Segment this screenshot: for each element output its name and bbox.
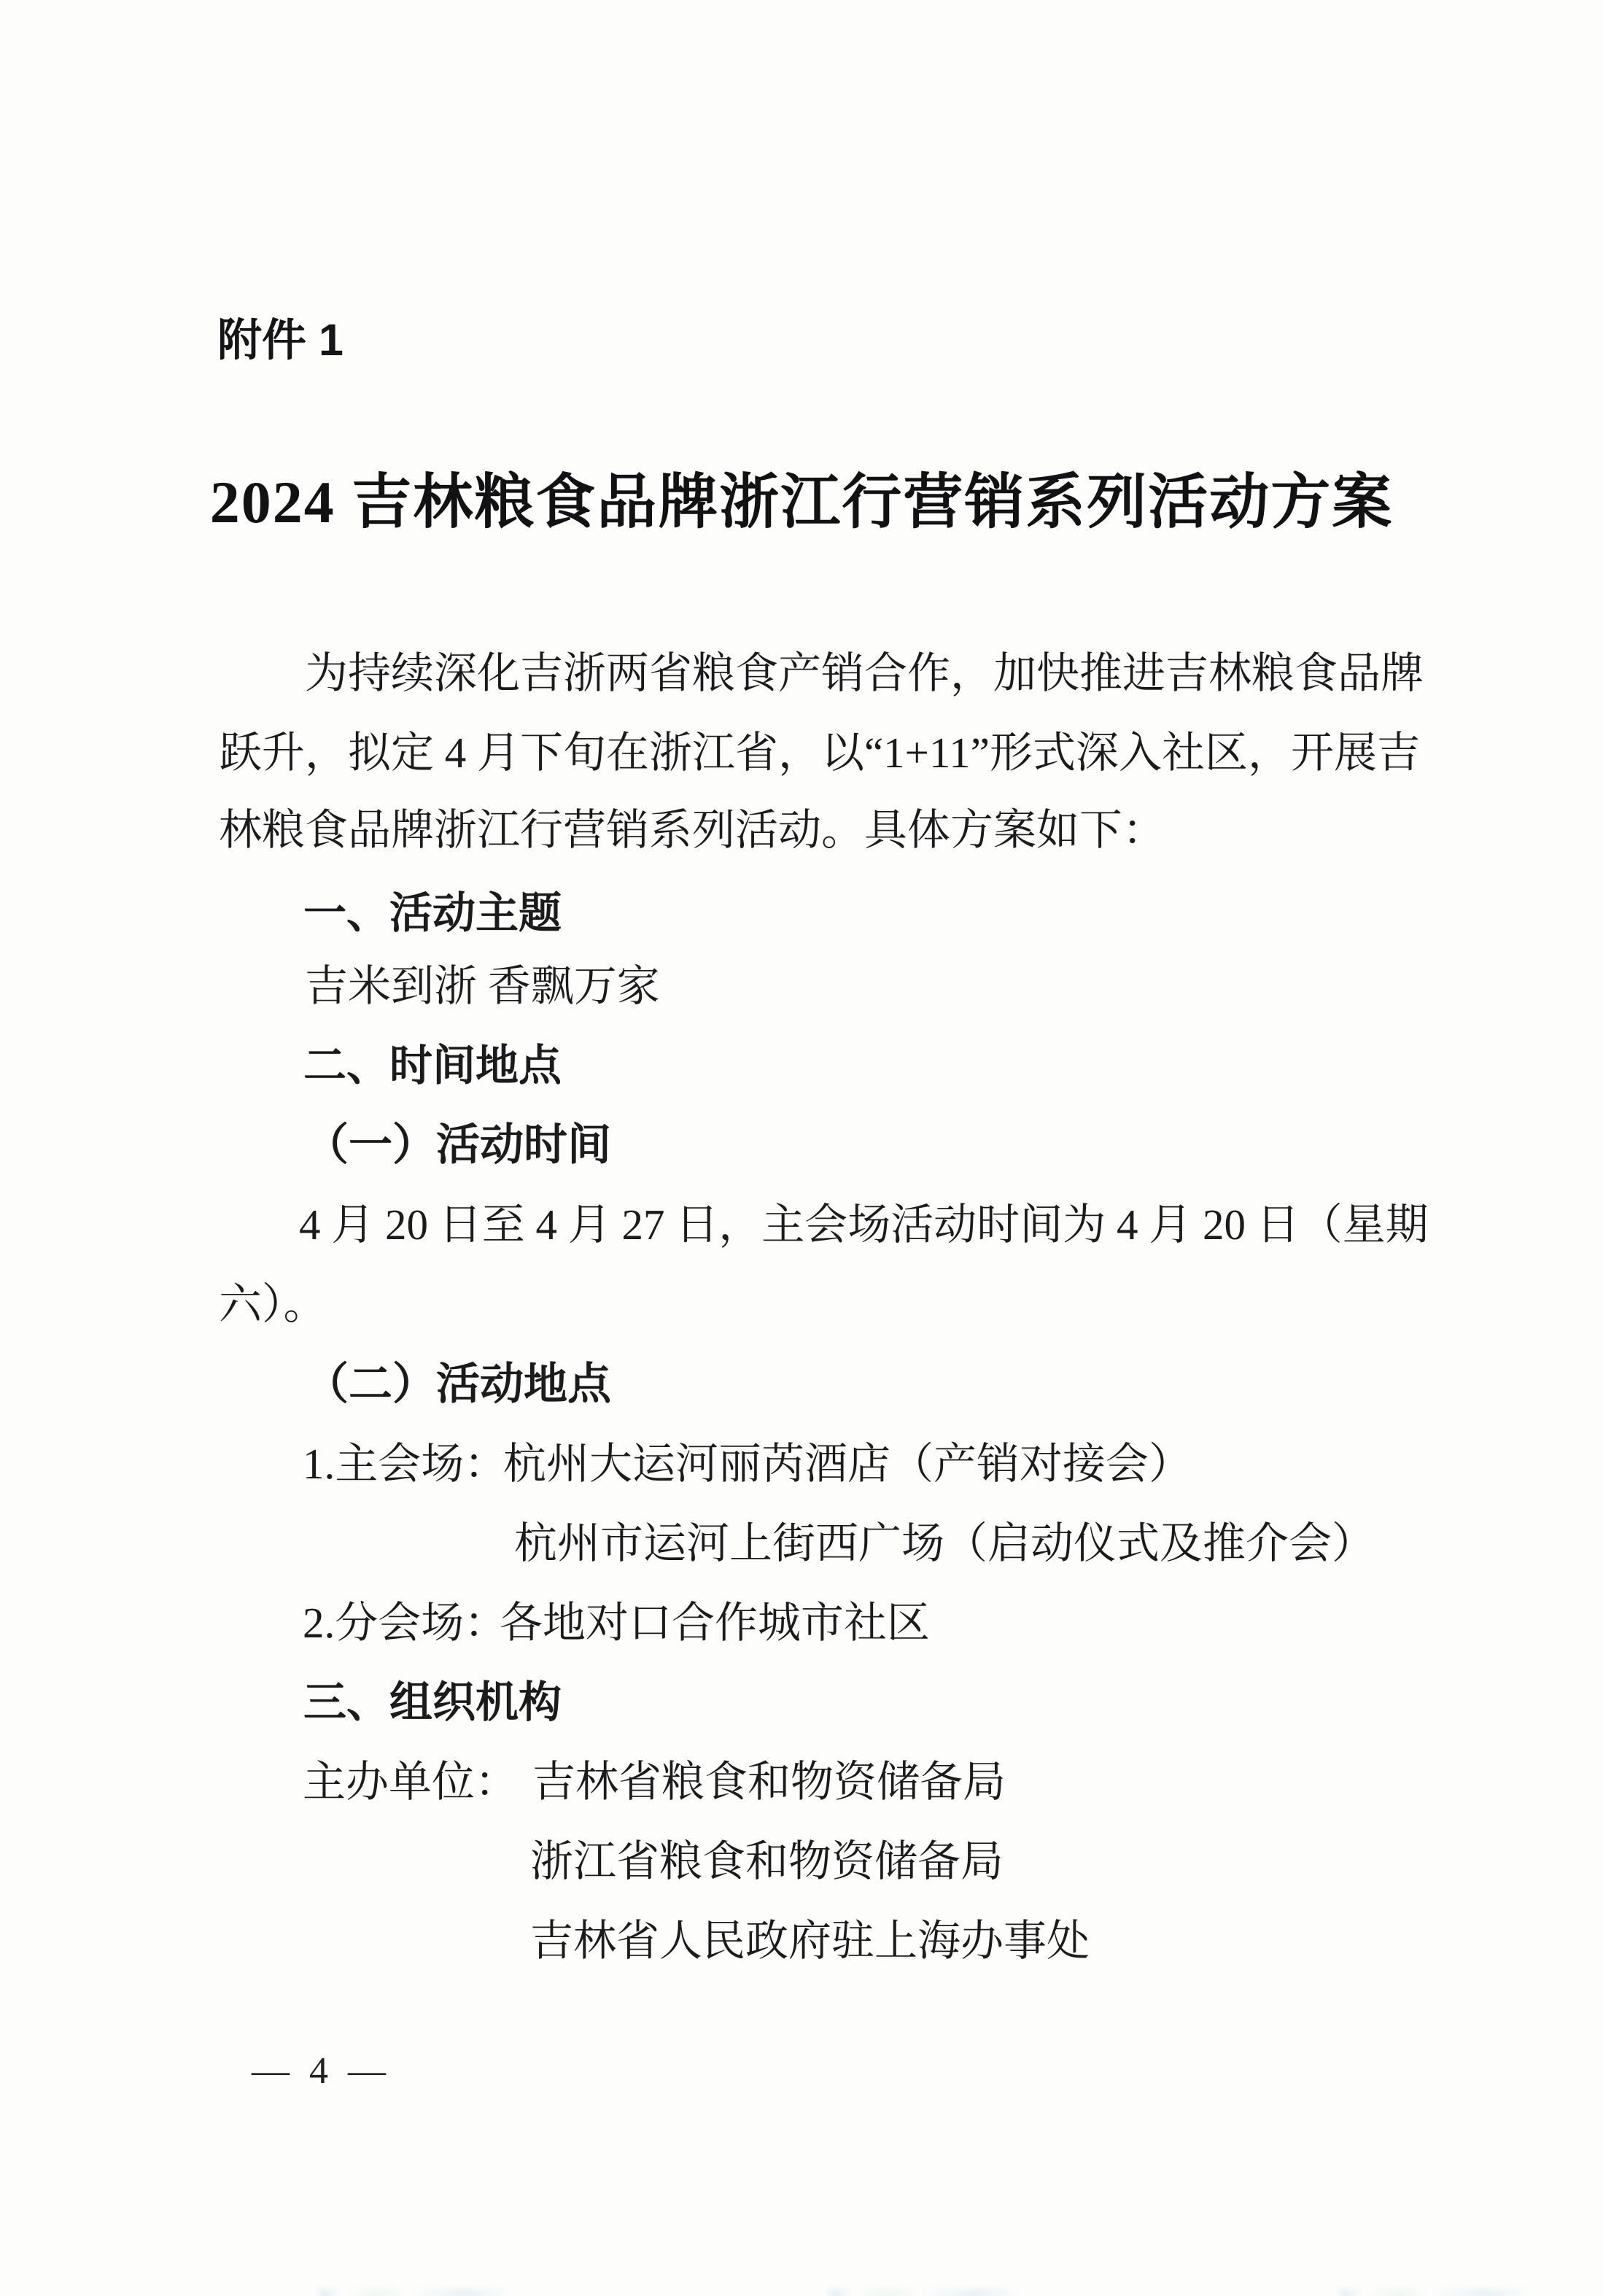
page-number: — 4 — [252,2051,391,2091]
organizer-3: 吉林省人民政府驻上海办事处 [530,1918,1090,1964]
venue1-line-2: 杭州市运河上街西广场（启动仪式及推介会） [514,1521,1375,1567]
organizer-1: 吉林省粮食和物资储备局 [532,1759,1006,1805]
intro-line-3: 林粮食品牌浙江行营销系列活动。具体方案如下： [219,807,1165,853]
place-subheading: （二）活动地点 [305,1362,611,1408]
intro-line-1: 为持续深化吉浙两省粮食产销合作，加快推进吉林粮食品牌 [305,651,1424,697]
activity-theme: 吉米到浙 香飘万家 [305,963,660,1009]
time-line-2: 六）。 [219,1281,327,1327]
document-page: 附件 1 2024 吉林粮食品牌浙江行营销系列活动方案 为持续深化吉浙两省粮食产… [0,0,1603,2296]
venue2-label: 2.分会场： [303,1600,507,1646]
section1-heading: 一、活动主题 [303,891,562,936]
venue1-label: 1.主会场： [303,1441,507,1487]
time-subheading: （一）活动时间 [305,1122,611,1169]
section3-heading: 三、组织机构 [303,1680,562,1726]
organizer-2: 浙江省粮食和物资储备局 [530,1839,1004,1885]
venue1-line-1: 杭州大运河丽芮酒店（产销对接会） [503,1441,1192,1487]
section2-heading: 二、时间地点 [303,1043,562,1089]
intro-line-2: 跃升，拟定 4 月下旬在浙江省，以“1+11”形式深入社区，开展吉 [219,730,1420,776]
scanner-artifact-strip [0,2284,1603,2296]
organizer-label: 主办单位： [303,1759,518,1805]
attachment-label: 附件 1 [217,317,343,364]
time-line-1: 4 月 20 日至 4 月 27 日，主会场活动时间为 4 月 20 日（星期 [299,1202,1429,1248]
venue2-value: 各地对口合作城市社区 [500,1600,930,1646]
document-title: 2024 吉林粮食品牌浙江行营销系列活动方案 [0,471,1603,535]
